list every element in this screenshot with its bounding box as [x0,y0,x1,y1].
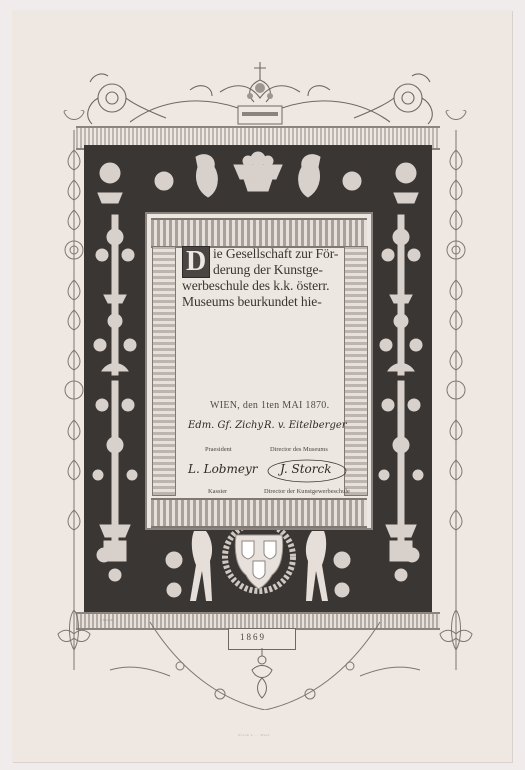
pendant-garlands [50,110,480,710]
printer-mark: Druck v. ... Wien [238,733,270,737]
bottom-tassel-ornament [248,648,276,700]
